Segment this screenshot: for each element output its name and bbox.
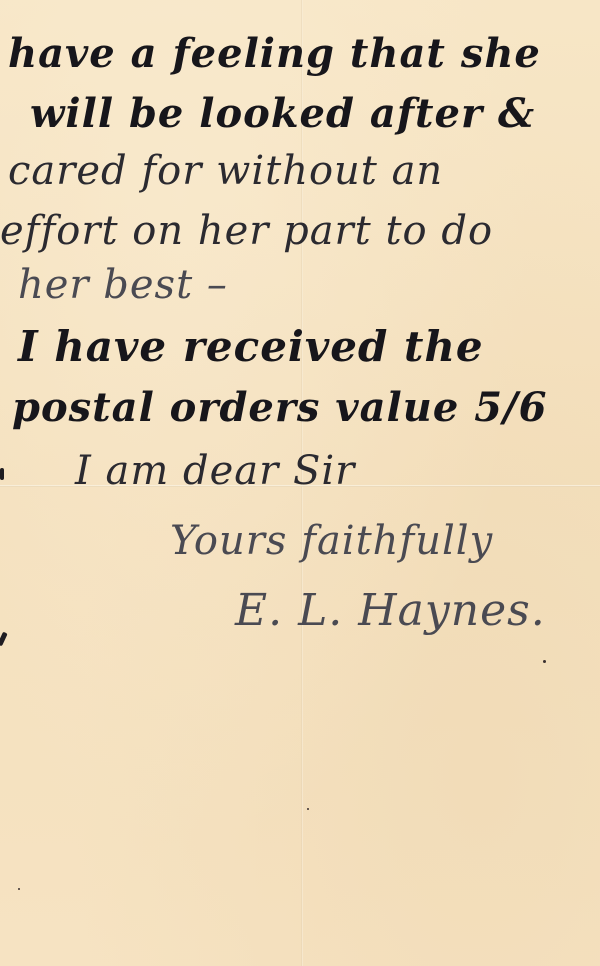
ink-speck: [18, 888, 20, 890]
left-edge-ink-mark: [0, 632, 8, 647]
ink-speck: [307, 808, 309, 810]
letter-line-2: will be looked after &: [30, 90, 535, 137]
letter-line-6: I have received the: [18, 322, 484, 371]
closing-line: Yours faithfully: [170, 518, 493, 564]
letter-line-5: her best –: [18, 262, 228, 308]
letter-line-3: cared for without an: [8, 148, 443, 194]
letter-line-4: effort on her part to do: [0, 208, 493, 254]
signature: E. L. Haynes.: [235, 585, 546, 636]
letter-line-8: I am dear Sir: [75, 448, 355, 494]
letter-line-1: have a feeling that she: [8, 30, 541, 77]
ink-speck: [543, 660, 546, 663]
left-edge-ink-mark: [0, 468, 4, 480]
letter-page: have a feeling that she will be looked a…: [0, 0, 600, 966]
letter-line-7: postal orders value 5/6: [12, 384, 547, 431]
